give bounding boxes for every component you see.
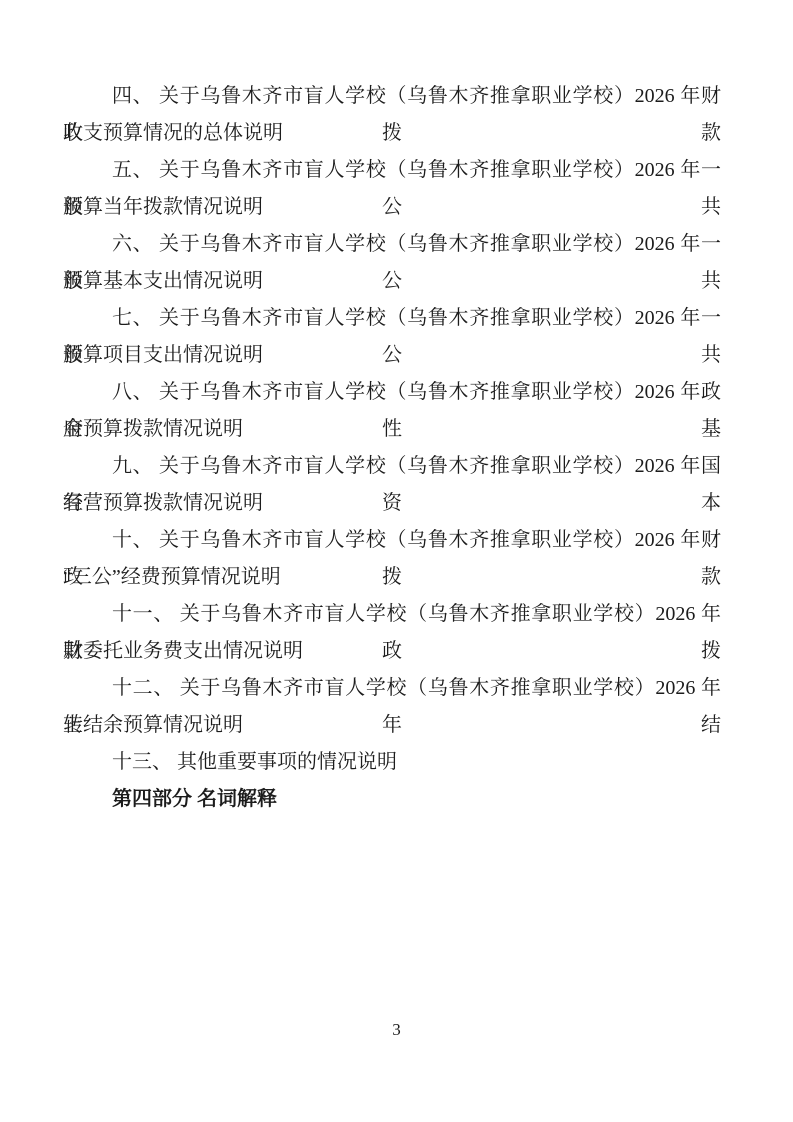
toc-item-line: 十二、 关于乌鲁木齐市盲人学校（乌鲁木齐推拿职业学校）2026 年上年结 [63, 670, 721, 707]
toc-list: 四、 关于乌鲁木齐市盲人学校（乌鲁木齐推拿职业学校）2026 年财政拨款收支预算… [63, 78, 721, 781]
toc-item: 九、 关于乌鲁木齐市盲人学校（乌鲁木齐推拿职业学校）2026 年国有资本经营预算… [63, 448, 721, 522]
page-number: 3 [0, 1019, 793, 1041]
toc-item: 十二、 关于乌鲁木齐市盲人学校（乌鲁木齐推拿职业学校）2026 年上年结转结余预… [63, 670, 721, 744]
section-heading: 第四部分 名词解释 [63, 781, 721, 818]
toc-item-line: 十、 关于乌鲁木齐市盲人学校（乌鲁木齐推拿职业学校）2026 年财政拨款 [63, 522, 721, 559]
toc-item: 十一、 关于乌鲁木齐市盲人学校（乌鲁木齐推拿职业学校）2026 年财政拨款委托业… [63, 596, 721, 670]
toc-item: 八、 关于乌鲁木齐市盲人学校（乌鲁木齐推拿职业学校）2026 年政府性基金预算拨… [63, 374, 721, 448]
toc-item-line: 十一、 关于乌鲁木齐市盲人学校（乌鲁木齐推拿职业学校）2026 年财政拨 [63, 596, 721, 633]
toc-item-line: 五、 关于乌鲁木齐市盲人学校（乌鲁木齐推拿职业学校）2026 年一般公共 [63, 152, 721, 189]
toc-item-line: 四、 关于乌鲁木齐市盲人学校（乌鲁木齐推拿职业学校）2026 年财政拨款 [63, 78, 721, 115]
toc-item: 四、 关于乌鲁木齐市盲人学校（乌鲁木齐推拿职业学校）2026 年财政拨款收支预算… [63, 78, 721, 152]
toc-item-line: 六、 关于乌鲁木齐市盲人学校（乌鲁木齐推拿职业学校）2026 年一般公共 [63, 226, 721, 263]
toc-item-line: 十三、 其他重要事项的情况说明 [63, 744, 721, 781]
toc-item-line: 七、 关于乌鲁木齐市盲人学校（乌鲁木齐推拿职业学校）2026 年一般公共 [63, 300, 721, 337]
toc-item-line: 九、 关于乌鲁木齐市盲人学校（乌鲁木齐推拿职业学校）2026 年国有资本 [63, 448, 721, 485]
toc-item: 七、 关于乌鲁木齐市盲人学校（乌鲁木齐推拿职业学校）2026 年一般公共预算项目… [63, 300, 721, 374]
toc-item: 十三、 其他重要事项的情况说明 [63, 744, 721, 781]
page-content: 四、 关于乌鲁木齐市盲人学校（乌鲁木齐推拿职业学校）2026 年财政拨款收支预算… [63, 78, 721, 818]
toc-item: 五、 关于乌鲁木齐市盲人学校（乌鲁木齐推拿职业学校）2026 年一般公共预算当年… [63, 152, 721, 226]
toc-item-line: 八、 关于乌鲁木齐市盲人学校（乌鲁木齐推拿职业学校）2026 年政府性基 [63, 374, 721, 411]
document-page: 四、 关于乌鲁木齐市盲人学校（乌鲁木齐推拿职业学校）2026 年财政拨款收支预算… [0, 0, 793, 1122]
toc-item: 十、 关于乌鲁木齐市盲人学校（乌鲁木齐推拿职业学校）2026 年财政拨款“三公”… [63, 522, 721, 596]
toc-item: 六、 关于乌鲁木齐市盲人学校（乌鲁木齐推拿职业学校）2026 年一般公共预算基本… [63, 226, 721, 300]
